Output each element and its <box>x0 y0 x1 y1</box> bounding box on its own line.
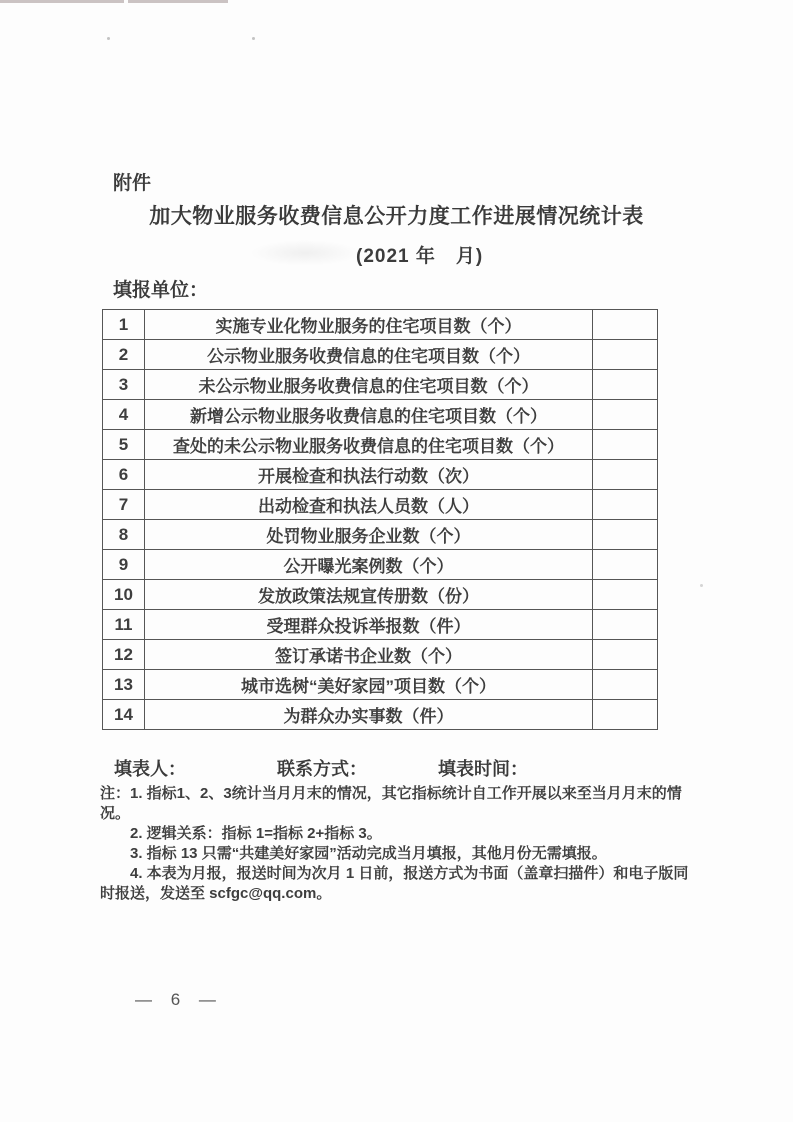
indicator-name: 发放政策法规宣传册数（份） <box>145 580 593 610</box>
row-number: 12 <box>103 640 145 670</box>
indicator-name: 实施专业化物业服务的住宅项目数（个） <box>145 310 593 340</box>
statistics-table: 1 实施专业化物业服务的住宅项目数（个） 2 公示物业服务收费信息的住宅项目数（… <box>102 309 658 730</box>
note-line: 3. 指标 13 只需“共建美好家园”活动完成当月填报，其他月份无需填报。 <box>100 844 696 864</box>
attachment-label: 附件 <box>113 168 151 195</box>
value-cell <box>593 610 658 640</box>
scan-speck <box>252 37 255 40</box>
table-row: 11 受理群众投诉举报数（件） <box>103 610 658 640</box>
table-row: 7 出动检查和执法人员数（人） <box>103 490 658 520</box>
value-cell <box>593 310 658 340</box>
note-line: 4. 本表为月报，报送时间为次月 1 日前，报送方式为书面（盖章扫描件）和电子版… <box>100 864 696 904</box>
contact-label: 联系方式： <box>277 755 367 781</box>
notes-block: 注：1. 指标1、2、3统计当月月末的情况，其它指标统计自工作开展以来至当月月末… <box>100 784 696 904</box>
value-cell <box>593 670 658 700</box>
note-line: 2. 逻辑关系：指标 1=指标 2+指标 3。 <box>100 824 696 844</box>
table-row: 3 未公示物业服务收费信息的住宅项目数（个） <box>103 370 658 400</box>
document-page: 附件 加大物业服务收费信息公开力度工作进展情况统计表 (2021 年 月) 填报… <box>0 0 793 1122</box>
indicator-name: 未公示物业服务收费信息的住宅项目数（个） <box>145 370 593 400</box>
value-cell <box>593 430 658 460</box>
row-number: 10 <box>103 580 145 610</box>
value-cell <box>593 700 658 730</box>
value-cell <box>593 340 658 370</box>
row-number: 14 <box>103 700 145 730</box>
table-row: 9 公开曝光案例数（个） <box>103 550 658 580</box>
row-number: 8 <box>103 520 145 550</box>
value-cell <box>593 400 658 430</box>
value-cell <box>593 520 658 550</box>
indicator-name: 为群众办实事数（件） <box>145 700 593 730</box>
indicator-name: 公示物业服务收费信息的住宅项目数（个） <box>145 340 593 370</box>
indicator-name: 出动检查和执法人员数（人） <box>145 490 593 520</box>
row-number: 1 <box>103 310 145 340</box>
document-title: 加大物业服务收费信息公开力度工作进展情况统计表 <box>0 200 793 230</box>
row-number: 4 <box>103 400 145 430</box>
row-number: 3 <box>103 370 145 400</box>
table-row: 2 公示物业服务收费信息的住宅项目数（个） <box>103 340 658 370</box>
page-number: — 6 — <box>135 990 218 1010</box>
date-line: (2021 年 月) <box>356 241 483 268</box>
indicator-name: 受理群众投诉举报数（件） <box>145 610 593 640</box>
note-line: 注：1. 指标1、2、3统计当月月末的情况，其它指标统计自工作开展以来至当月月末… <box>100 784 696 824</box>
table-row: 4 新增公示物业服务收费信息的住宅项目数（个） <box>103 400 658 430</box>
value-cell <box>593 490 658 520</box>
row-number: 2 <box>103 340 145 370</box>
indicator-name: 城市选树“美好家园”项目数（个） <box>145 670 593 700</box>
indicator-name: 查处的未公示物业服务收费信息的住宅项目数（个） <box>145 430 593 460</box>
reporting-unit-label: 填报单位： <box>113 275 208 302</box>
filler-label: 填表人： <box>114 755 186 781</box>
row-number: 13 <box>103 670 145 700</box>
row-number: 9 <box>103 550 145 580</box>
scan-speck <box>700 584 703 587</box>
row-number: 7 <box>103 490 145 520</box>
scan-edge-artifact <box>128 0 228 3</box>
value-cell <box>593 580 658 610</box>
table-row: 12 签订承诺书企业数（个） <box>103 640 658 670</box>
table-row: 6 开展检查和执法行动数（次） <box>103 460 658 490</box>
scan-speck <box>107 37 110 40</box>
indicator-name: 签订承诺书企业数（个） <box>145 640 593 670</box>
table-row: 1 实施专业化物业服务的住宅项目数（个） <box>103 310 658 340</box>
indicator-name: 新增公示物业服务收费信息的住宅项目数（个） <box>145 400 593 430</box>
time-label: 填表时间： <box>438 755 528 781</box>
table-row: 13 城市选树“美好家园”项目数（个） <box>103 670 658 700</box>
row-number: 11 <box>103 610 145 640</box>
value-cell <box>593 640 658 670</box>
row-number: 6 <box>103 460 145 490</box>
value-cell <box>593 370 658 400</box>
scan-edge-artifact <box>0 0 124 3</box>
table-row: 14 为群众办实事数（件） <box>103 700 658 730</box>
table-row: 5 查处的未公示物业服务收费信息的住宅项目数（个） <box>103 430 658 460</box>
value-cell <box>593 460 658 490</box>
value-cell <box>593 550 658 580</box>
indicator-name: 开展检查和执法行动数（次） <box>145 460 593 490</box>
row-number: 5 <box>103 430 145 460</box>
table-row: 8 处罚物业服务企业数（个） <box>103 520 658 550</box>
indicator-name: 处罚物业服务企业数（个） <box>145 520 593 550</box>
table-row: 10 发放政策法规宣传册数（份） <box>103 580 658 610</box>
indicator-name: 公开曝光案例数（个） <box>145 550 593 580</box>
scan-smudge <box>250 240 360 266</box>
